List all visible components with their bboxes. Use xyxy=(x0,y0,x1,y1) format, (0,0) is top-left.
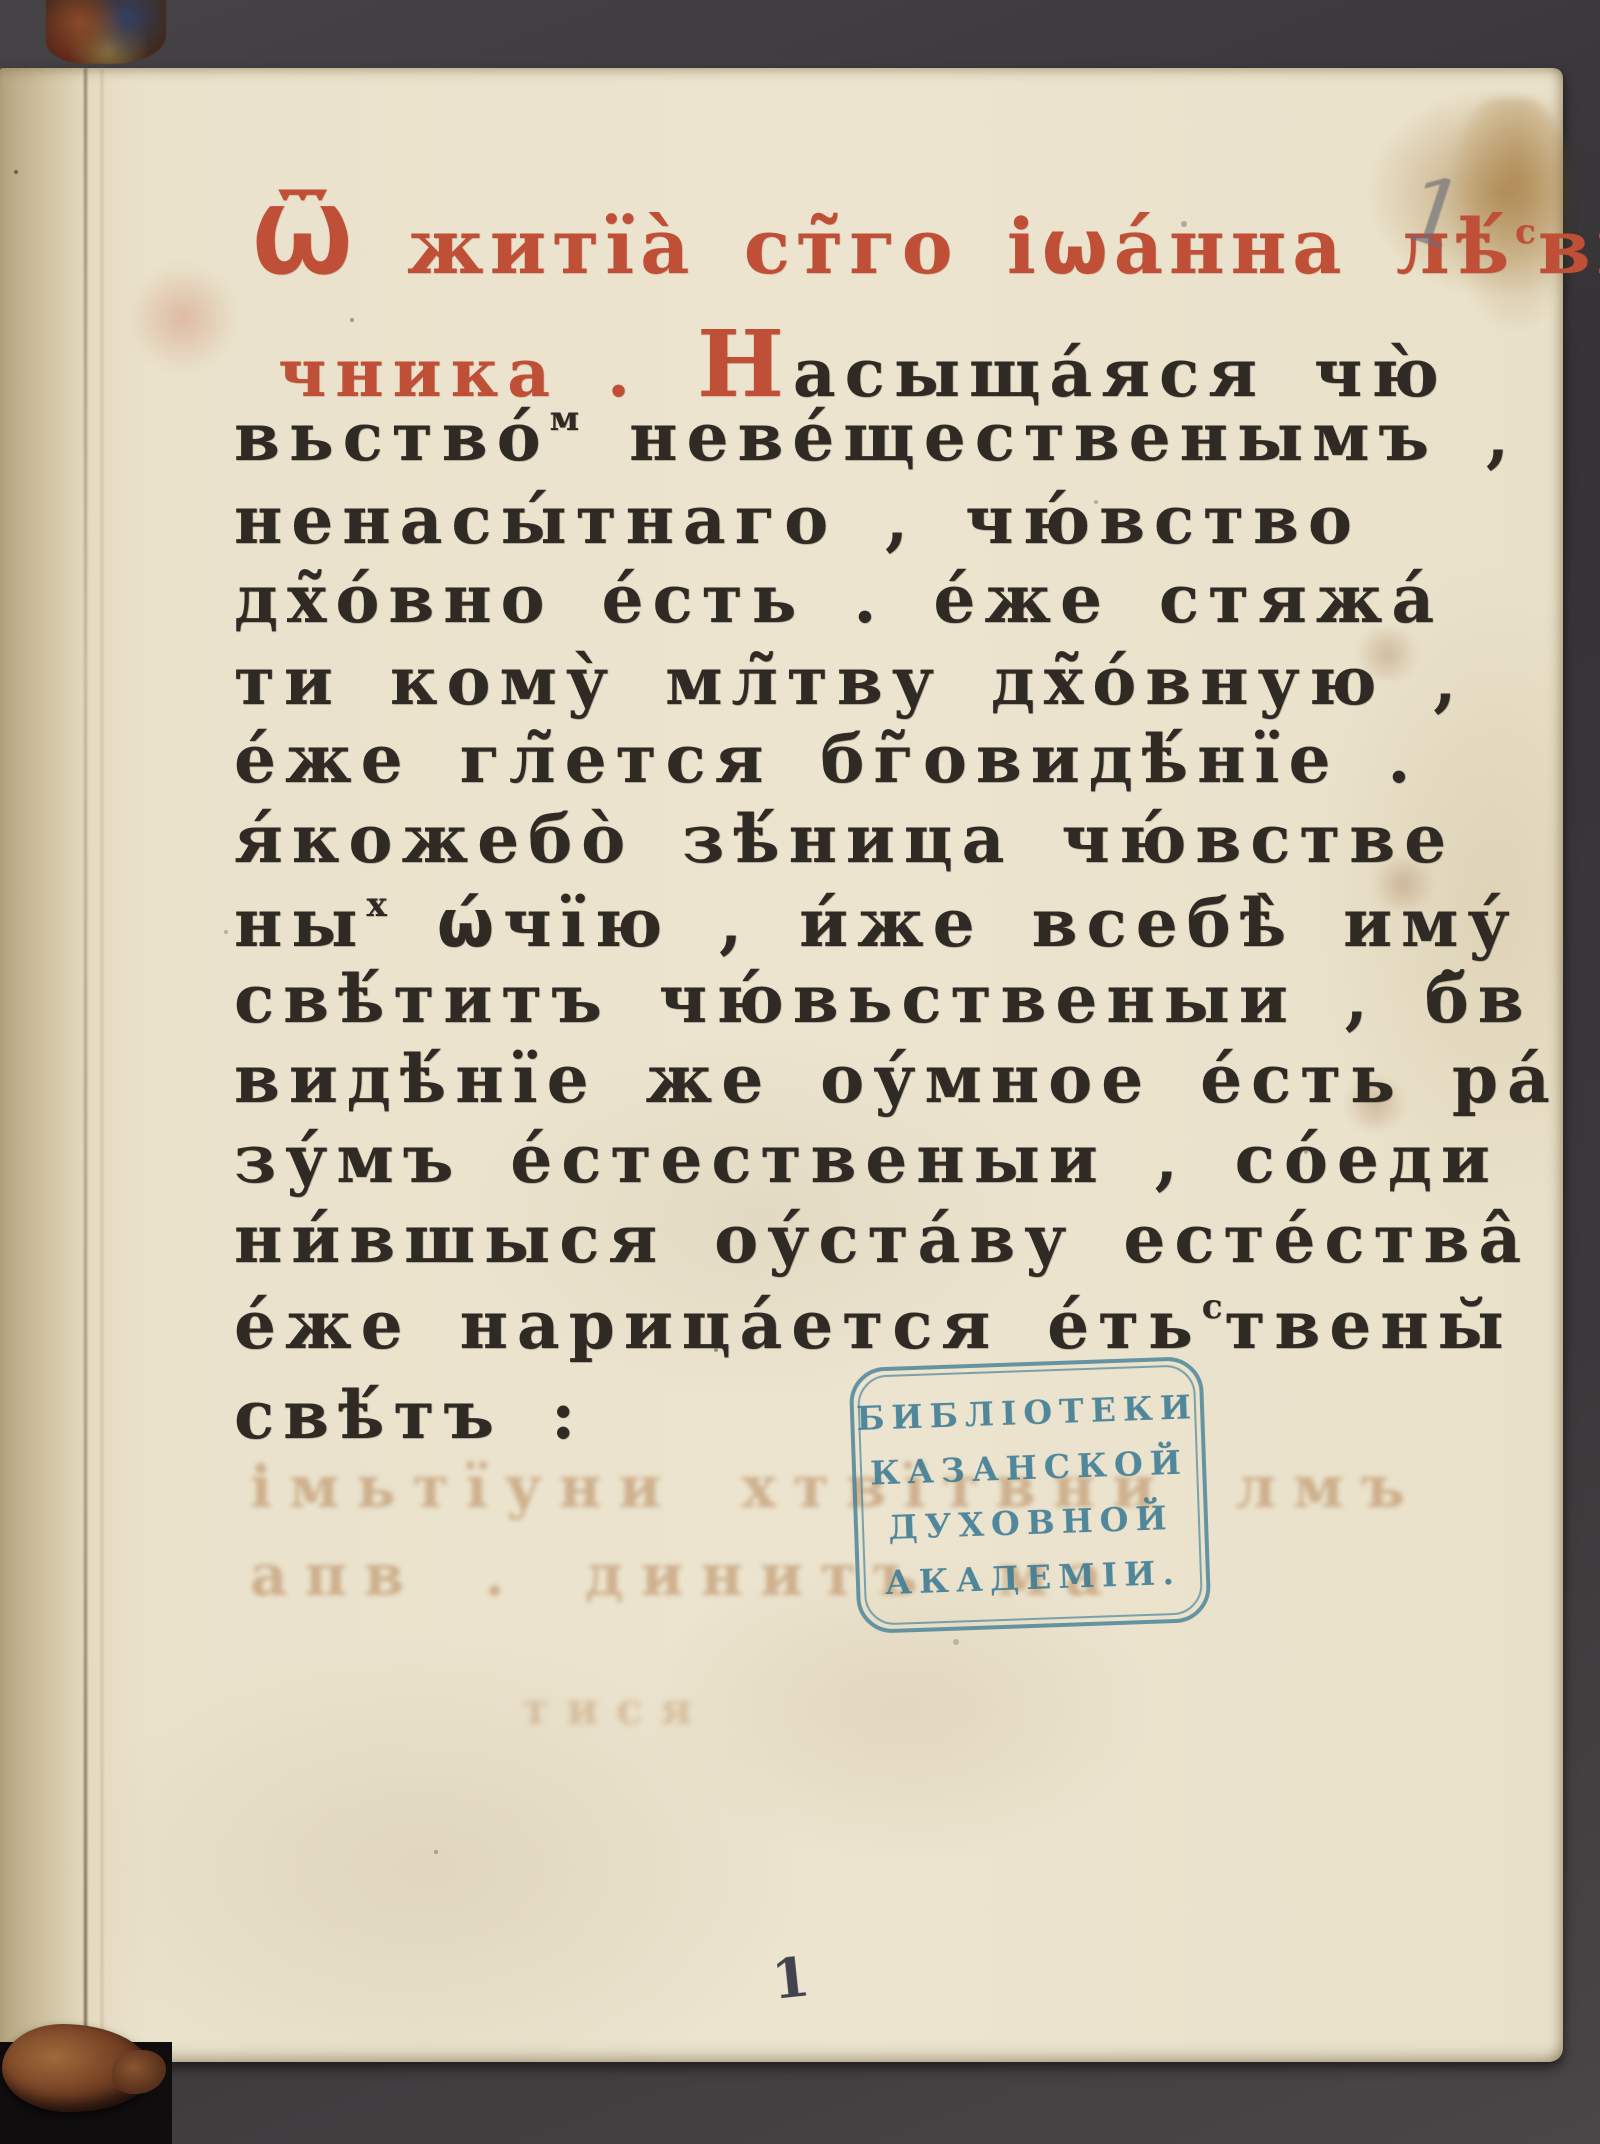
text-line: я́кожебо̀ зѣ́ница чю́встве xyxy=(234,806,1455,872)
body-text: дх̃о́вно е́сть . е́же стяжа́ xyxy=(234,560,1443,638)
text-line: е́же нарица́ется е́тьствены̆ xyxy=(234,1290,1513,1358)
bleedthrough-line: імьтїуни хтвїтвни лмъ xyxy=(250,1458,1422,1516)
text-line: е́же гл̃ется бг̃овидѣ́нїе . xyxy=(234,726,1419,792)
text-line: дх̃о́вно е́сть . е́же стяжа́ xyxy=(234,566,1443,632)
heading-text: ви xyxy=(1538,202,1600,291)
superscript-letter: м xyxy=(550,399,582,439)
superscript-letter: с xyxy=(1202,1287,1225,1327)
stamp-text: АКАДЕМІИ. xyxy=(884,1553,1181,1602)
page-number-ink: 1 xyxy=(769,1944,813,2012)
text-line: ти кому̀ мл̃тву дх̃о́вную , xyxy=(234,648,1465,714)
body-text: зу́мъ е́стественыи , со́еди xyxy=(234,1120,1499,1198)
drop-cap-ot: Ѿ xyxy=(252,187,359,295)
body-text: ны xyxy=(234,884,366,962)
text-line: ненасы́тнаго , чю́вство xyxy=(234,487,1361,553)
text-line: видѣ́нїе же оу́мное е́сть ра́ xyxy=(234,1046,1559,1112)
body-text: свѣ́тъ : xyxy=(234,1376,584,1454)
body-text: я́кожебо̀ зѣ́ница чю́встве xyxy=(234,800,1455,878)
body-text: свѣ́титъ чю́вьственыи , б̃в xyxy=(234,960,1533,1038)
body-text: ѡ́чїю , и́же всебѣ̀ иму́ xyxy=(389,884,1519,962)
library-stamp-border: БИБЛІОТЕКИ КАЗАНСКОЙ ДУХОВНОЙ АКАДЕМІИ. xyxy=(857,1364,1204,1626)
stamp-text: ДУХОВНОЙ xyxy=(888,1498,1175,1547)
gutter-crease-light xyxy=(101,68,103,2062)
text-line: зу́мъ е́стественыи , со́еди xyxy=(234,1126,1499,1192)
text-line: свѣ́тъ : xyxy=(234,1382,584,1448)
text-line: вьство́м неве́щественымъ , xyxy=(234,402,1518,470)
body-text: е́же нарица́ется е́ть xyxy=(234,1286,1202,1364)
text-line: ных ѡ́чїю , и́же всебѣ̀ иму́ xyxy=(234,888,1519,956)
library-stamp: БИБЛІОТЕКИ КАЗАНСКОЙ ДУХОВНОЙ АКАДЕМІИ. xyxy=(848,1356,1211,1634)
heading-text: житїа̀ ст̃го іѡа́нна лѣ́ xyxy=(359,202,1515,291)
bleedthrough-line: тися xyxy=(522,1688,709,1732)
superscript-letter: с xyxy=(1515,212,1538,252)
text-line: свѣ́титъ чю́вьственыи , б̃в xyxy=(234,966,1533,1032)
red-ink-smudge xyxy=(128,263,238,373)
body-text: твены̆ xyxy=(1225,1286,1513,1364)
gutter-shadow xyxy=(0,68,84,2062)
manuscript-page: імьтїуни хтвїтвни лмъ апв . динитъ ма ти… xyxy=(0,68,1563,2062)
paper-specks xyxy=(14,170,18,174)
text-line: ни́вшыся оу́ста́ву есте́ства̂ xyxy=(234,1206,1530,1272)
body-text: видѣ́нїе же оу́мное е́сть ра́ xyxy=(234,1040,1559,1118)
stamp-text: КАЗАНСКОЙ xyxy=(869,1442,1188,1492)
body-text: е́же гл̃ется бг̃овидѣ́нїе . xyxy=(234,720,1419,798)
body-text: ни́вшыся оу́ста́ву есте́ства̂ xyxy=(234,1200,1530,1278)
text-line: чника .Насыща́яся чю̀ xyxy=(278,318,1448,410)
body-text: ти кому̀ мл̃тву дх̃о́вную , xyxy=(234,642,1465,720)
gutter-crease xyxy=(84,68,87,2062)
page-content: імьтїуни хтвїтвни лмъ апв . динитъ ма ти… xyxy=(0,68,1563,2062)
stamp-text: БИБЛІОТЕКИ xyxy=(856,1387,1199,1438)
body-text: ненасы́тнаго , чю́вство xyxy=(234,481,1361,559)
body-text: вьство́ xyxy=(234,398,550,476)
scanned-manuscript-photo: імьтїуни хтвїтвни лмъ апв . динитъ ма ти… xyxy=(0,0,1600,2144)
superscript-letter: х xyxy=(366,885,388,925)
marbled-endpaper-fragment xyxy=(46,0,166,64)
body-text: неве́щественымъ , xyxy=(581,398,1518,476)
